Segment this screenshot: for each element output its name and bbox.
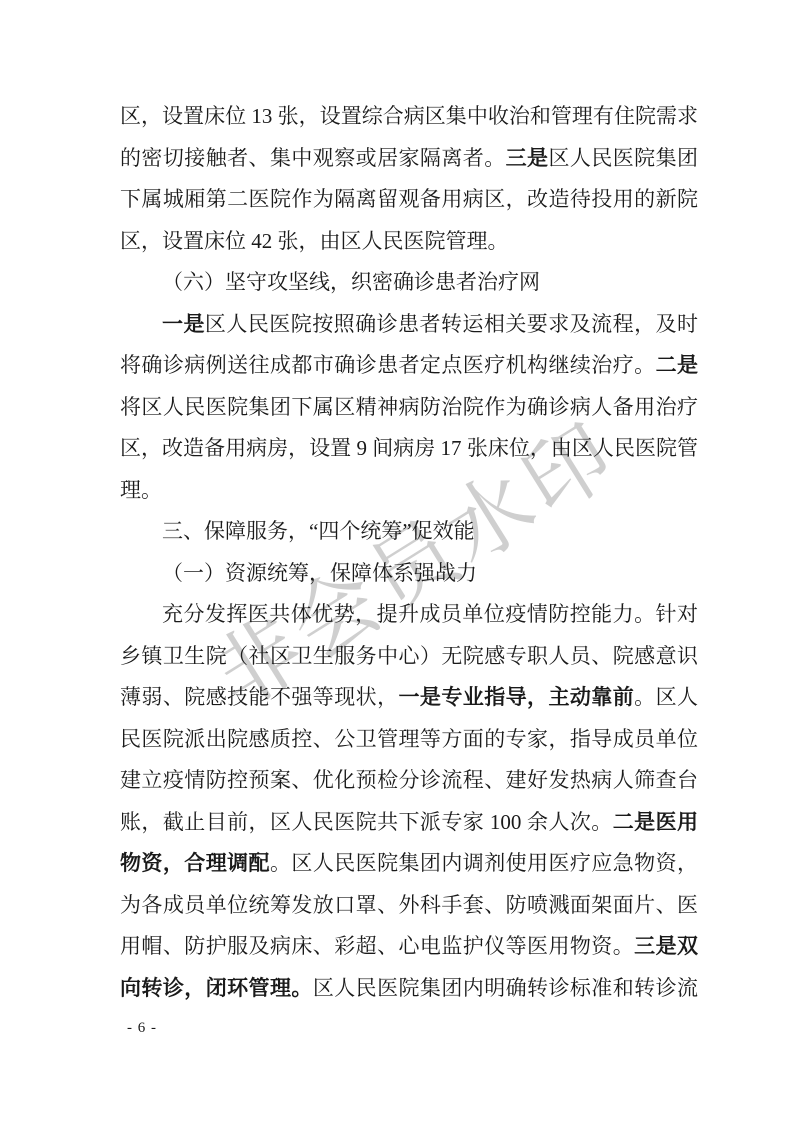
text-line: 向转诊，闭环管理。区人民医院集团内明确转诊标准和转诊流: [120, 968, 698, 1010]
body-text-segment: 乡镇卫生院（社区卫生服务中心）无院感专职人员、院感意识: [120, 644, 698, 668]
text-line: 薄弱、院感技能不强等现状，一是专业指导，主动靠前。区人: [120, 677, 698, 719]
text-line: （六）坚守攻坚线，织密确诊患者治疗网: [120, 262, 698, 304]
document-body: 区，设置床位 13 张，设置综合病区集中收治和管理有住院需求的密切接触者、集中观…: [120, 96, 698, 1009]
text-line: 区，改造备用病房，设置 9 间病房 17 张床位，由区人民医院管: [120, 428, 698, 470]
document-page: 非会员水印 区，设置床位 13 张，设置综合病区集中收治和管理有住院需求的密切接…: [0, 0, 793, 1122]
body-text-segment: 将确诊病例送往成都市确诊患者定点医疗机构继续治疗。: [120, 353, 656, 377]
body-text-segment: 区，设置床位 42 张，由区人民医院管理。: [120, 229, 509, 253]
text-line: 区，设置床位 13 张，设置综合病区集中收治和管理有住院需求: [120, 96, 698, 138]
body-text-segment: 薄弱、院感技能不强等现状，: [120, 685, 399, 709]
text-line: 物资，合理调配。区人民医院集团内调剂使用医疗应急物资，: [120, 843, 698, 885]
body-text-segment: 下属城厢第二医院作为隔离留观备用病区，改造待投用的新院: [120, 187, 698, 211]
text-line: 将区人民医院集团下属区精神病防治院作为确诊病人备用治疗: [120, 387, 698, 429]
body-text-segment: 理。: [120, 478, 162, 502]
body-text-segment: 将区人民医院集团下属区精神病防治院作为确诊病人备用治疗: [120, 395, 698, 419]
body-text-segment: 充分发挥医共体优势，提升成员单位疫情防控能力。针对: [162, 602, 698, 626]
emphasis-text: 一是专业指导，主动靠前: [399, 685, 635, 709]
emphasis-text: 物资，合理调配: [120, 851, 270, 875]
emphasis-text: 一是: [162, 312, 205, 336]
text-line: 建立疫情防控预案、优化预检分诊流程、建好发热病人筛查台: [120, 760, 698, 802]
body-text-segment: （六）坚守攻坚线，织密确诊患者治疗网: [162, 270, 540, 294]
text-line: 充分发挥医共体优势，提升成员单位疫情防控能力。针对: [120, 594, 698, 636]
text-line: 乡镇卫生院（社区卫生服务中心）无院感专职人员、院感意识: [120, 636, 698, 678]
body-text-segment: 区，改造备用病房，设置 9 间病房 17 张床位，由区人民医院管: [120, 436, 698, 460]
body-text-segment: 。区人民医院集团内调剂使用医疗应急物资，: [270, 851, 698, 875]
page-number: - 6 -: [127, 1020, 157, 1037]
text-line: 民医院派出院感质控、公卫管理等方面的专家，指导成员单位: [120, 719, 698, 761]
body-text-segment: 用帽、防护服及病床、彩超、心电监护仪等医用物资。: [120, 934, 634, 958]
text-line: 的密切接触者、集中观察或居家隔离者。三是区人民医院集团: [120, 138, 698, 180]
text-line: 区，设置床位 42 张，由区人民医院管理。: [120, 221, 698, 263]
body-text-segment: 三、保障服务，“四个统筹”促效能: [162, 519, 475, 543]
body-text-segment: 的密切接触者、集中观察或居家隔离者。: [120, 146, 506, 170]
text-line: 一是区人民医院按照确诊患者转运相关要求及流程，及时: [120, 304, 698, 346]
text-line: 用帽、防护服及病床、彩超、心电监护仪等医用物资。三是双: [120, 926, 698, 968]
text-line: 三、保障服务，“四个统筹”促效能: [120, 511, 698, 553]
body-text-segment: 区人民医院集团内明确转诊标准和转诊流: [313, 976, 698, 1000]
text-line: 理。: [120, 470, 698, 512]
emphasis-text: 二是: [656, 353, 698, 377]
body-text-segment: 建立疫情防控预案、优化预检分诊流程、建好发热病人筛查台: [120, 768, 698, 792]
body-text-segment: 。区人: [634, 685, 698, 709]
text-line: 为各成员单位统筹发放口罩、外科手套、防喷溅面架面片、医: [120, 885, 698, 927]
body-text-segment: 区人民医院集团: [548, 146, 698, 170]
body-text-segment: 为各成员单位统筹发放口罩、外科手套、防喷溅面架面片、医: [120, 893, 698, 917]
text-line: 账，截止目前，区人民医院共下派专家 100 余人次。二是医用: [120, 802, 698, 844]
emphasis-text: 二是医用: [613, 810, 698, 834]
body-text-segment: 账，截止目前，区人民医院共下派专家 100 余人次。: [120, 810, 613, 834]
text-line: 下属城厢第二医院作为隔离留观备用病区，改造待投用的新院: [120, 179, 698, 221]
body-text-segment: 区，设置床位 13 张，设置综合病区集中收治和管理有住院需求: [120, 104, 698, 128]
text-line: （一）资源统筹，保障体系强战力: [120, 553, 698, 595]
body-text-segment: 民医院派出院感质控、公卫管理等方面的专家，指导成员单位: [120, 727, 698, 751]
emphasis-text: 三是: [506, 146, 549, 170]
emphasis-text: 向转诊，闭环管理。: [120, 976, 313, 1000]
text-line: 将确诊病例送往成都市确诊患者定点医疗机构继续治疗。二是: [120, 345, 698, 387]
body-text-segment: （一）资源统筹，保障体系强战力: [162, 561, 477, 585]
body-text-segment: 区人民医院按照确诊患者转运相关要求及流程，及时: [205, 312, 698, 336]
emphasis-text: 三是双: [634, 934, 698, 958]
